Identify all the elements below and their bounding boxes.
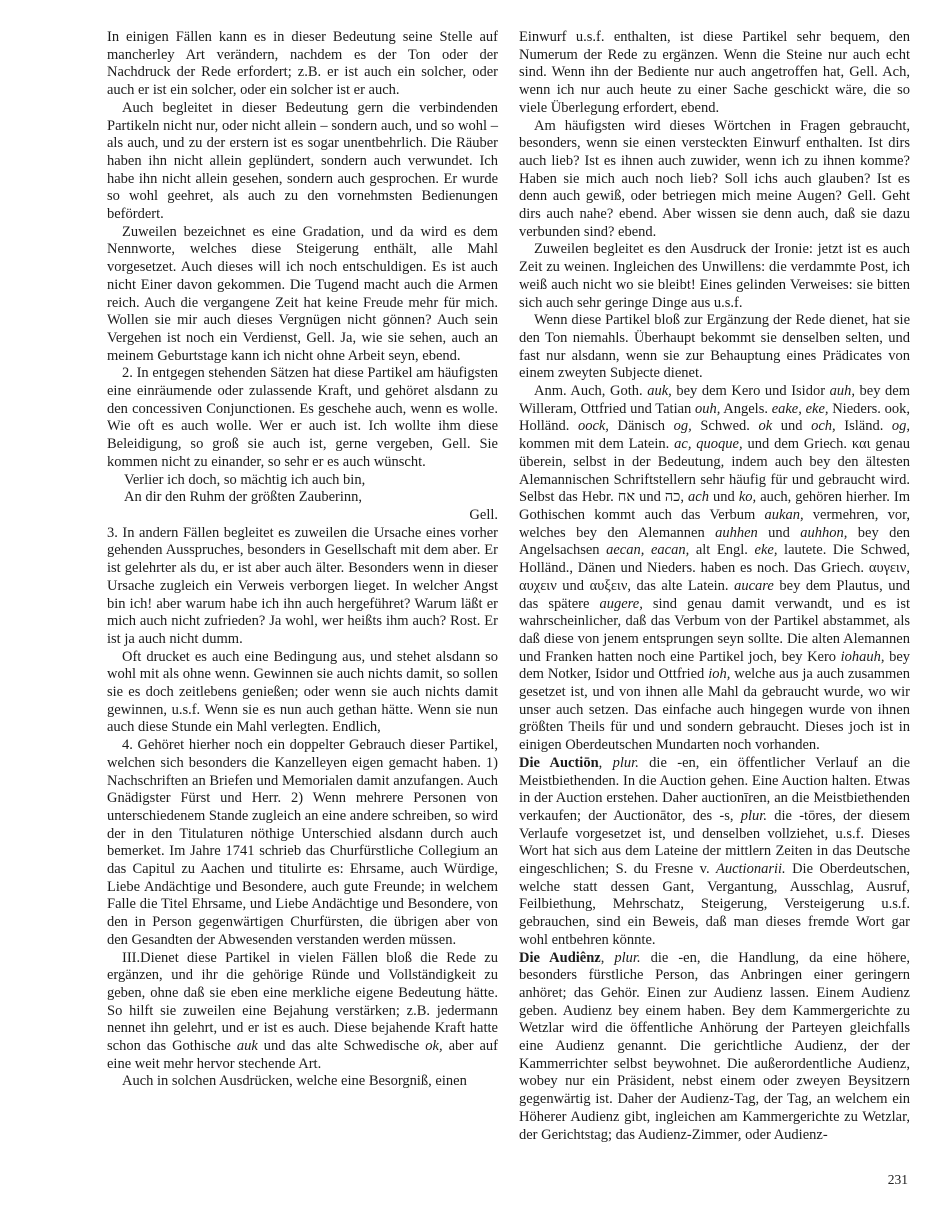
paragraph: 2. In entgegen stehenden Sätzen hat dies… <box>107 365 498 471</box>
paragraph: III.Dienet diese Partikel in vielen Fäll… <box>107 950 498 1074</box>
text-run: , <box>599 755 613 771</box>
text-run: ok <box>758 418 772 434</box>
paragraph: Zuweilen bezeichnet es eine Gradation, u… <box>107 224 498 366</box>
paragraph: Gell. <box>107 507 498 525</box>
text-run: och, <box>811 418 836 434</box>
text-run: auh, <box>830 383 855 399</box>
text-run: plur. <box>741 808 767 824</box>
text-run: kommen mit dem Latein. <box>519 436 674 452</box>
two-column-text-block: In einigen Fällen kann es in dieser Bede… <box>107 29 910 1144</box>
text-run: iohauh, <box>841 649 885 665</box>
paragraph: Auch begleitet in dieser Bedeutung gern … <box>107 100 498 224</box>
text-run: auk <box>237 1038 258 1054</box>
paragraph: Oft drucket es auch eine Bedingung aus, … <box>107 649 498 738</box>
paragraph: In einigen Fällen kann es in dieser Bede… <box>107 29 498 100</box>
text-run: und das alte Schwedische <box>258 1038 426 1054</box>
text-run: und <box>709 489 739 505</box>
text-run: Die Audiênz <box>519 950 601 966</box>
text-run: auhhon, <box>800 525 847 541</box>
text-run: ac, quoque, <box>674 436 742 452</box>
paragraph: Am häufigsten wird dieses Wörtchen in Fr… <box>519 118 910 242</box>
text-run: aukan, <box>765 507 804 523</box>
text-run: Zuweilen bezeichnet es eine Gradation, u… <box>107 224 498 364</box>
text-run: Auctionarii. <box>716 861 786 877</box>
paragraph: Zuweilen begleitet es den Ausdruck der I… <box>519 241 910 312</box>
text-run: eake, eke, <box>772 401 829 417</box>
document-page: In einigen Fällen kann es in dieser Bede… <box>0 0 935 1210</box>
text-run: plur. <box>614 950 640 966</box>
text-run: ok, <box>425 1038 442 1054</box>
text-run: alt Engl. <box>689 542 754 558</box>
paragraph: Verlier ich doch, so mächtig ich auch bi… <box>107 472 498 490</box>
page-number: 231 <box>845 1172 908 1188</box>
text-run: Verlier ich doch, so mächtig ich auch bi… <box>124 472 365 488</box>
text-run: Gell. <box>469 507 498 523</box>
paragraph: 4. Gehöret hierher noch ein doppelter Ge… <box>107 737 498 949</box>
text-run: ioh, <box>708 666 730 682</box>
text-run: eke, <box>755 542 778 558</box>
paragraph: Die Audiênz, plur. die -en, die Handlung… <box>519 950 910 1145</box>
paragraph: An dir den Ruhm der größten Zauberinn, <box>107 489 498 507</box>
text-run: und <box>758 525 801 541</box>
text-run: 3. In andern Fällen begleitet es zuweile… <box>107 525 498 647</box>
text-run: Auch in solchen Ausdrücken, welche eine … <box>122 1073 467 1089</box>
text-run: Wenn diese Partikel bloß zur Ergänzung d… <box>519 312 910 381</box>
paragraph: Anm. Auch, Goth. auk, bey dem Kero und I… <box>519 383 910 755</box>
text-run: ko, <box>739 489 756 505</box>
text-run: 4. Gehöret hierher noch ein doppelter Ge… <box>107 737 498 948</box>
text-run: aucare <box>734 578 774 594</box>
text-run: Einwurf u.s.f. enthalten, ist diese Part… <box>519 29 910 116</box>
text-run: und <box>772 418 811 434</box>
text-run: Die Auctiōn <box>519 755 599 771</box>
text-run: oock, <box>578 418 609 434</box>
text-run: auhhen <box>715 525 758 541</box>
text-run: Auch begleitet in dieser Bedeutung gern … <box>107 100 498 222</box>
paragraph: Auch in solchen Ausdrücken, welche eine … <box>107 1073 498 1091</box>
text-run: Angels. <box>720 401 771 417</box>
text-run: , <box>601 950 615 966</box>
paragraph: Die Auctiōn, plur. die -en, ein öffentli… <box>519 755 910 950</box>
text-run: plur. <box>613 755 639 771</box>
text-run: Zuweilen begleitet es den Ausdruck der I… <box>519 241 910 310</box>
text-run: die -en, die Handlung, da eine höhere, b… <box>519 950 910 1143</box>
text-run: bey dem Kero und Isidor <box>672 383 830 399</box>
text-run: Isländ. <box>836 418 892 434</box>
text-run: ach <box>688 489 709 505</box>
text-run: auk, <box>647 383 672 399</box>
paragraph: Einwurf u.s.f. enthalten, ist diese Part… <box>519 29 910 118</box>
text-run: An dir den Ruhm der größten Zauberinn, <box>124 489 362 505</box>
text-run: In einigen Fällen kann es in dieser Bede… <box>107 29 498 98</box>
paragraph: 3. In andern Fällen begleitet es zuweile… <box>107 525 498 649</box>
text-run: 2. In entgegen stehenden Sätzen hat dies… <box>107 365 498 470</box>
text-run: Oft drucket es auch eine Bedingung aus, … <box>107 649 498 736</box>
text-run: ouh, <box>695 401 720 417</box>
text-run: Anm. Auch, Goth. <box>534 383 647 399</box>
text-column-left: In einigen Fällen kann es in dieser Bede… <box>107 29 498 1144</box>
paragraph: Wenn diese Partikel bloß zur Ergänzung d… <box>519 312 910 383</box>
text-run: aecan, eacan, <box>606 542 689 558</box>
text-run: Schwed. <box>692 418 759 434</box>
text-run: og, <box>892 418 910 434</box>
text-run: og, <box>674 418 692 434</box>
text-run: Dänisch <box>609 418 674 434</box>
text-column-right: Einwurf u.s.f. enthalten, ist diese Part… <box>519 29 910 1144</box>
text-run: Am häufigsten wird dieses Wörtchen in Fr… <box>519 118 910 240</box>
text-run: augere, <box>599 596 642 612</box>
